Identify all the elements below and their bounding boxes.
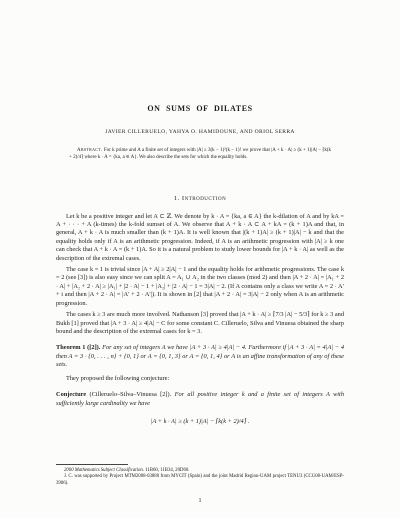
section-heading: 1. Introduction [56, 195, 344, 202]
page-title: ON SUMS OF DILATES [56, 104, 344, 113]
page-number: 1 [56, 498, 344, 504]
conjecture: Conjecture (Cilleruelo–Silva–Vinuesa [2]… [56, 391, 344, 408]
intro-paragraph-2: The case k = 1 is trivial since |A + A| … [56, 266, 344, 308]
footnote-funding: J. C. was supported by Project MTM2008-0… [56, 474, 344, 487]
proposal-text: They proposed the following conjecture: [56, 375, 344, 383]
msc-codes: 11B60, 11B34, 20D60. [145, 468, 189, 473]
abstract: Abstract. For k prime and A a finite set… [69, 148, 331, 162]
abstract-label: Abstract. [77, 148, 103, 153]
display-formula: |A + k · A| ≥ (k + 1)|A| − ⌈k(k + 2)/4⌉ … [56, 418, 344, 425]
theorem-1: Theorem 1 ([2]). For any set of integers… [56, 344, 344, 369]
theorem-text: For any set of integers A we have |A + 3… [56, 344, 344, 368]
abstract-text: For k prime and A a finite set of intege… [69, 148, 331, 160]
theorem-label: Theorem 1 ([2]). [56, 344, 100, 351]
msc-label: 2000 Mathematics Subject Classification. [64, 468, 144, 473]
conjecture-attribution: (Cilleruelo–Silva–Vinuesa [2]). [90, 391, 172, 398]
authors-line: JAVIER CILLERUELO, YAHYA O. HAMIDOUNE, A… [56, 129, 344, 135]
intro-paragraph-3: The cases k ≥ 3 are much more involved. … [56, 311, 344, 336]
conjecture-label: Conjecture [56, 391, 86, 398]
footnote-area: 2000 Mathematics Subject Classification.… [56, 464, 344, 504]
paper-page: ON SUMS OF DILATES JAVIER CILLERUELO, YA… [0, 0, 400, 518]
intro-paragraph-1: Let k be a positive integer and let A ⊂ … [56, 213, 344, 264]
footnote-rule [56, 464, 128, 465]
